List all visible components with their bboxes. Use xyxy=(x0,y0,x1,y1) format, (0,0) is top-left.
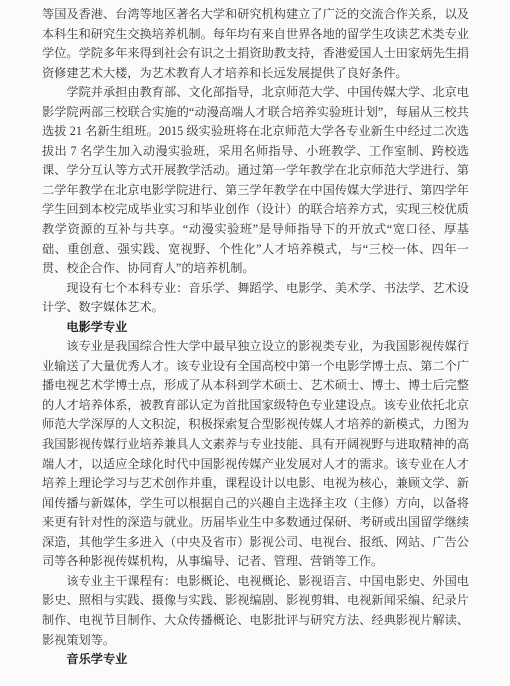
paragraph-film-studies-courses: 该专业主干课程有：电影概论、电视概论、影视语言、中国电影史、外国电影史、照相与实… xyxy=(42,572,469,650)
paragraph-animation-experimental-class: 学院并承担由教育部、文化部指导，北京师范大学、中国传媒大学、北京电影学院两部三校… xyxy=(42,83,469,278)
document-page: 等国及香港、台湾等地区著名大学和研究机构建立了广泛的交流合作关系，以及本科生和研… xyxy=(42,5,469,670)
paragraph-undergraduate-majors-list: 现设有七个本科专业：音乐学、舞蹈学、电影学、美术学、书法学、艺术设计学、数字媒体… xyxy=(42,279,469,318)
section-heading-music-studies: 音乐学专业 xyxy=(42,650,469,670)
paragraph-exchange-cooperation: 等国及香港、台湾等地区著名大学和研究机构建立了广泛的交流合作关系，以及本科生和研… xyxy=(42,5,469,83)
paragraph-film-studies-intro: 该专业是我国综合性大学中最早独立设立的影视类专业，为我国影视传媒行业输送了大量优… xyxy=(42,337,469,572)
section-heading-film-studies: 电影学专业 xyxy=(42,318,469,338)
